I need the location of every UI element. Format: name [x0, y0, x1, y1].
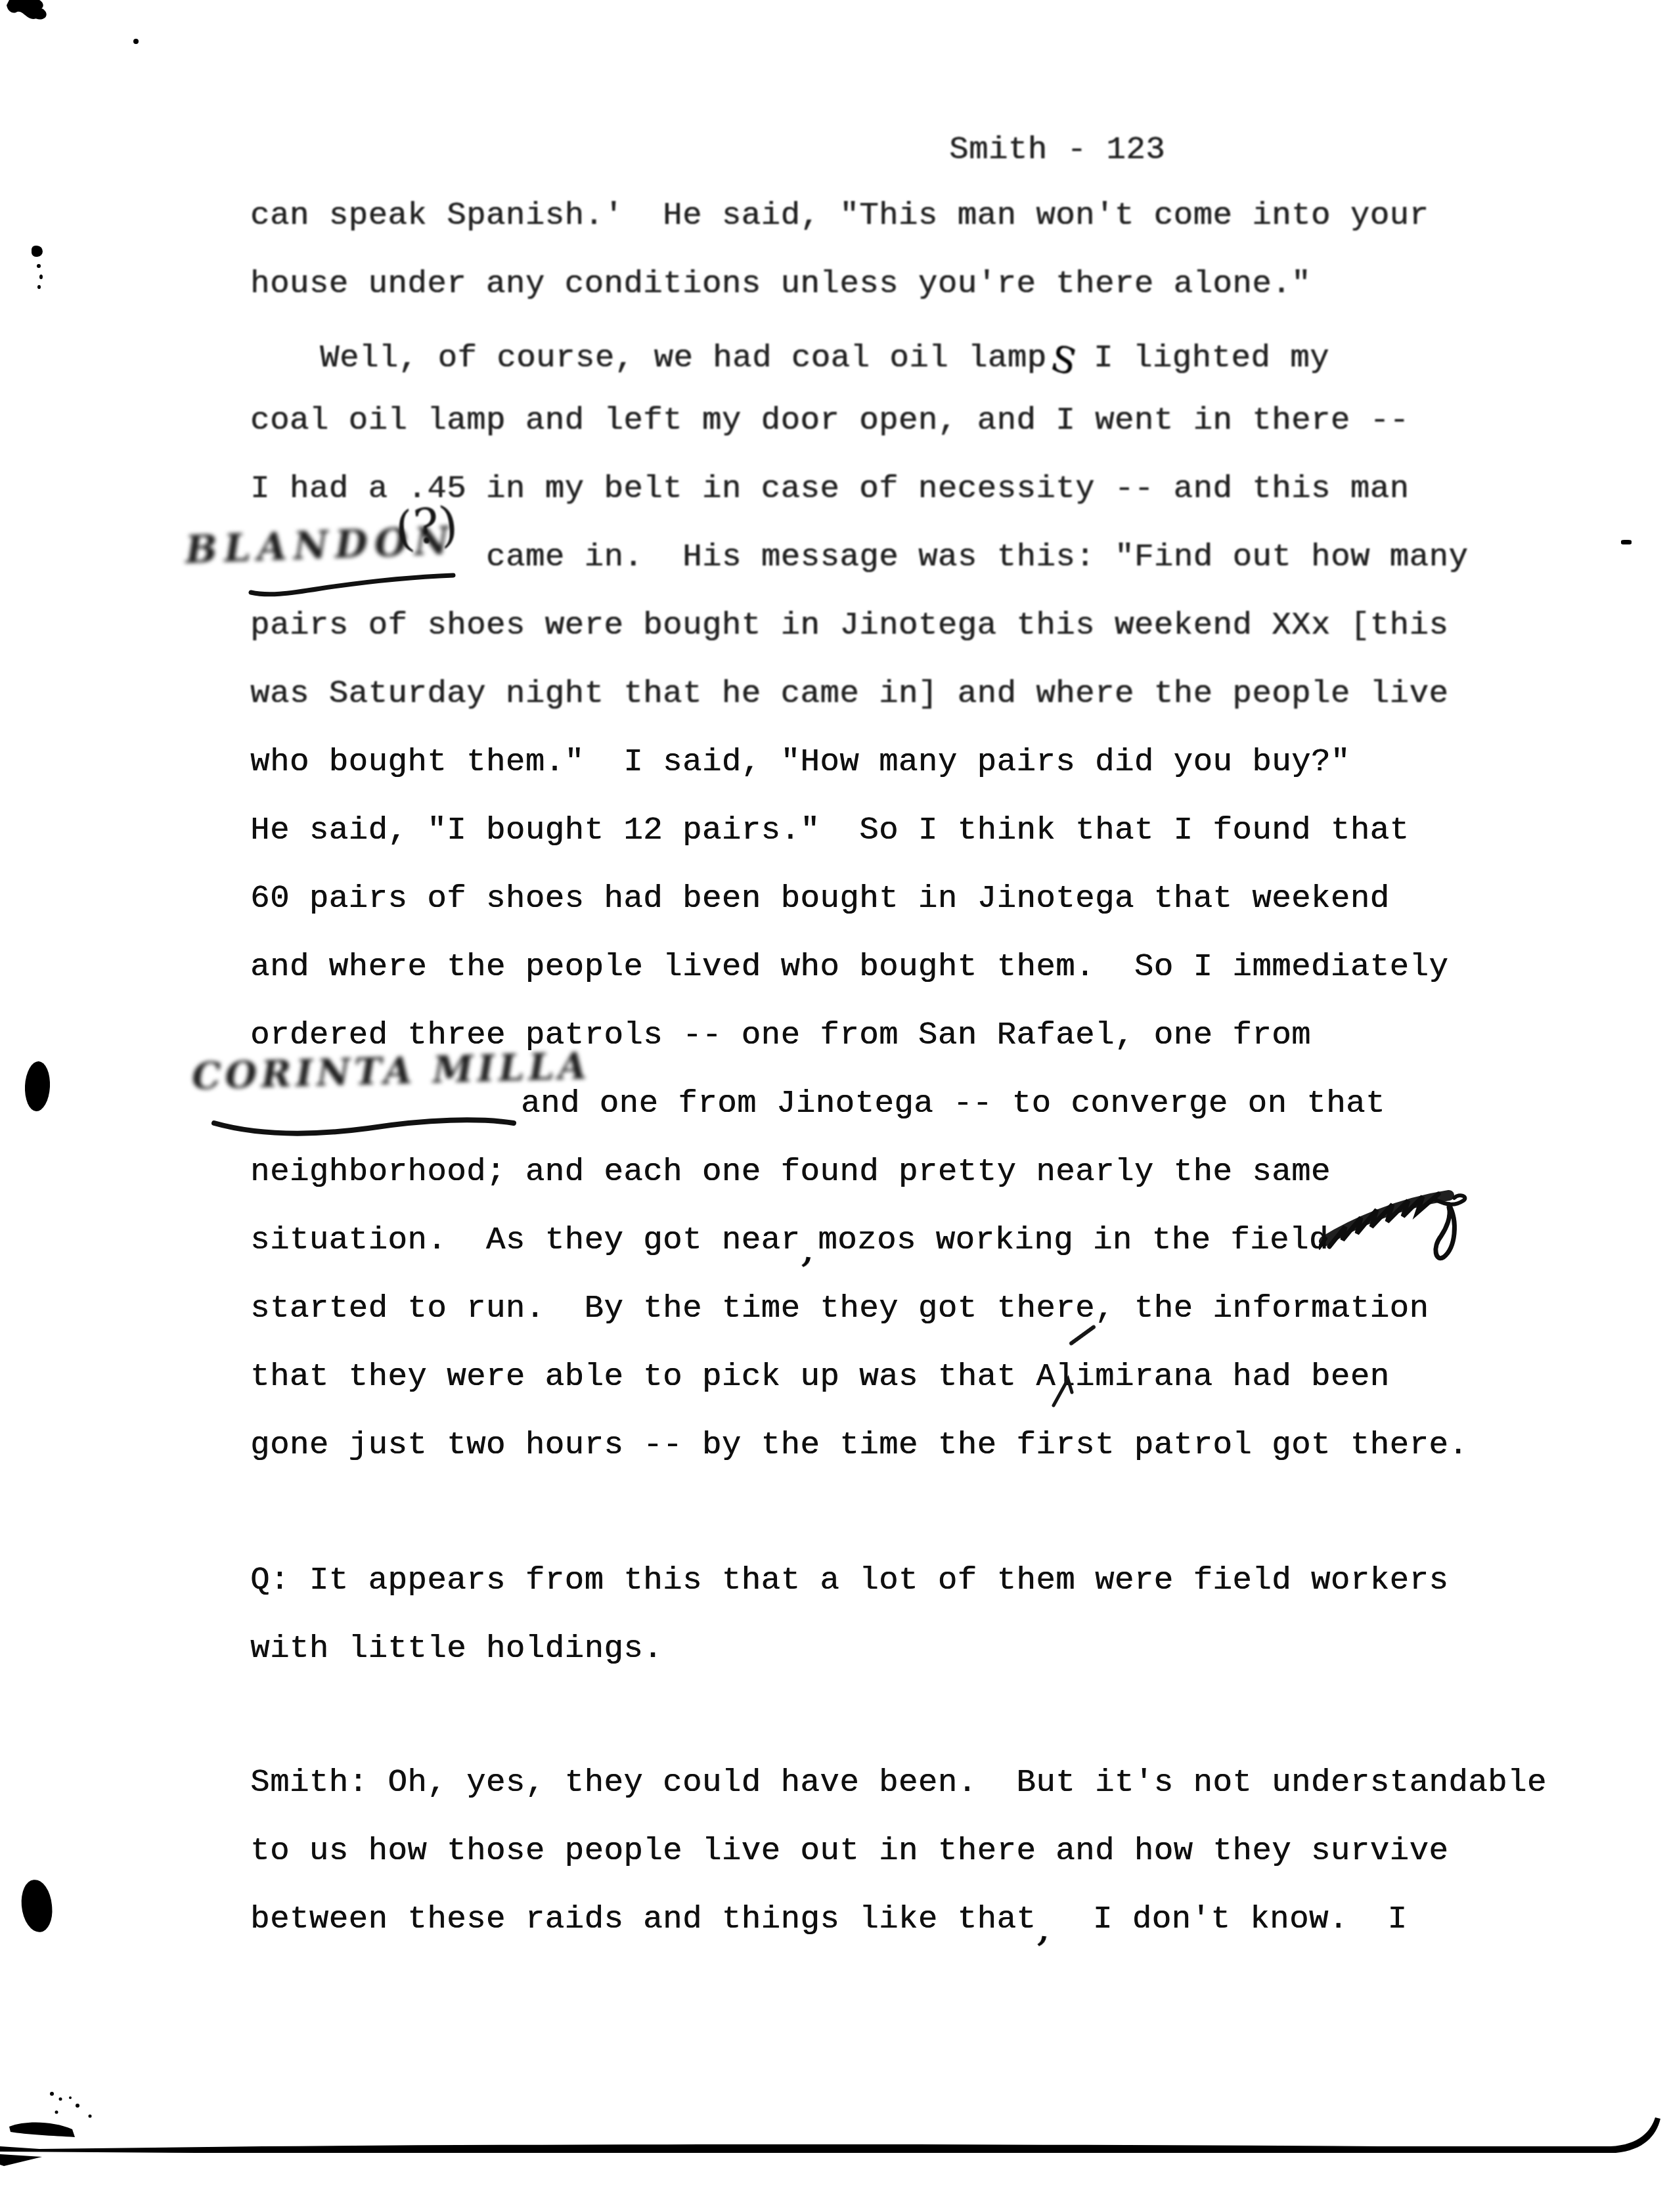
- typed-text: situation. As they got near: [250, 1222, 800, 1258]
- margin-speck: [1621, 540, 1632, 544]
- text-line: was Saturday night that he came in] and …: [250, 675, 1448, 712]
- text-line: pairs of shoes were bought in Jinotega t…: [250, 607, 1448, 644]
- text-line: came in. His message was this: "Find out…: [486, 539, 1468, 575]
- page-header: Smith - 123: [949, 131, 1165, 168]
- typed-text: between these raids and things like that: [250, 1901, 1036, 1937]
- text-line: who bought them." I said, "How many pair…: [250, 743, 1350, 780]
- text-line: Q: It appears from this that a lot of th…: [250, 1562, 1448, 1599]
- handwritten-underline: [210, 1110, 519, 1141]
- margin-speck: [32, 246, 43, 257]
- text-line: coal oil lamp and left my door open, and…: [250, 402, 1409, 439]
- text-line: Well, of course, we had coal oil lampSI …: [320, 334, 1329, 376]
- insertion-slash-mark: [1069, 1324, 1096, 1346]
- margin-speck: [37, 285, 41, 289]
- text-line: and where the people lived who bought th…: [250, 948, 1448, 985]
- bottom-smudge: [9, 2123, 75, 2137]
- insertion-caret-mark: [1051, 1375, 1080, 1408]
- text-line: started to run. By the time they got the…: [250, 1290, 1429, 1327]
- typed-text: I lighted my: [1094, 340, 1329, 376]
- corner-smudge: [0, 0, 158, 59]
- text-line: He said, "I bought 12 pairs." So I think…: [250, 812, 1409, 849]
- text-line: can speak Spanish.' He said, "This man w…: [250, 197, 1429, 234]
- scanned-transcript-page: Smith - 123 can speak Spanish.' He said,…: [0, 0, 1667, 2212]
- punch-hole-mark: [20, 1878, 55, 1934]
- text-line: 60 pairs of shoes had been bought in Jin…: [250, 880, 1389, 917]
- bottom-scan-line: [0, 2089, 1667, 2212]
- text-line: and one from Jinotega -- to converge on …: [521, 1085, 1385, 1122]
- handwritten-comma-insertion: ,: [1038, 1926, 1052, 1928]
- typed-text: Well, of course, we had coal oil lamp: [320, 340, 1046, 376]
- handwritten-underline: [248, 570, 458, 599]
- handwritten-scribble: [1319, 1168, 1483, 1279]
- typed-text: I don't know. I: [1054, 1901, 1407, 1937]
- text-line: neighborhood; and each one found pretty …: [250, 1153, 1331, 1190]
- text-line: with little holdings.: [250, 1630, 663, 1667]
- text-line: ordered three patrols -- one from San Ra…: [250, 1017, 1311, 1053]
- punch-hole-mark: [24, 1061, 51, 1112]
- handwritten-s-insertion: S: [1047, 338, 1081, 384]
- text-line: Smith: Oh, yes, they could have been. Bu…: [250, 1764, 1547, 1801]
- text-line: to us how those people live out in there…: [250, 1832, 1448, 1869]
- text-line: between these raids and things like that…: [250, 1901, 1407, 1937]
- text-line: gone just two hours -- by the time the f…: [250, 1427, 1468, 1463]
- text-line: house under any conditions unless you're…: [250, 265, 1311, 302]
- margin-speck: [37, 264, 41, 268]
- handwritten-comma-insertion: ,: [802, 1247, 816, 1249]
- handwritten-question-mark: (?): [393, 496, 460, 557]
- text-line: situation. As they got near,mozos workin…: [250, 1222, 1329, 1258]
- margin-speck: [39, 275, 43, 279]
- typed-text: mozos working in the field: [818, 1222, 1329, 1258]
- text-line: that they were able to pick up was that …: [250, 1358, 1389, 1395]
